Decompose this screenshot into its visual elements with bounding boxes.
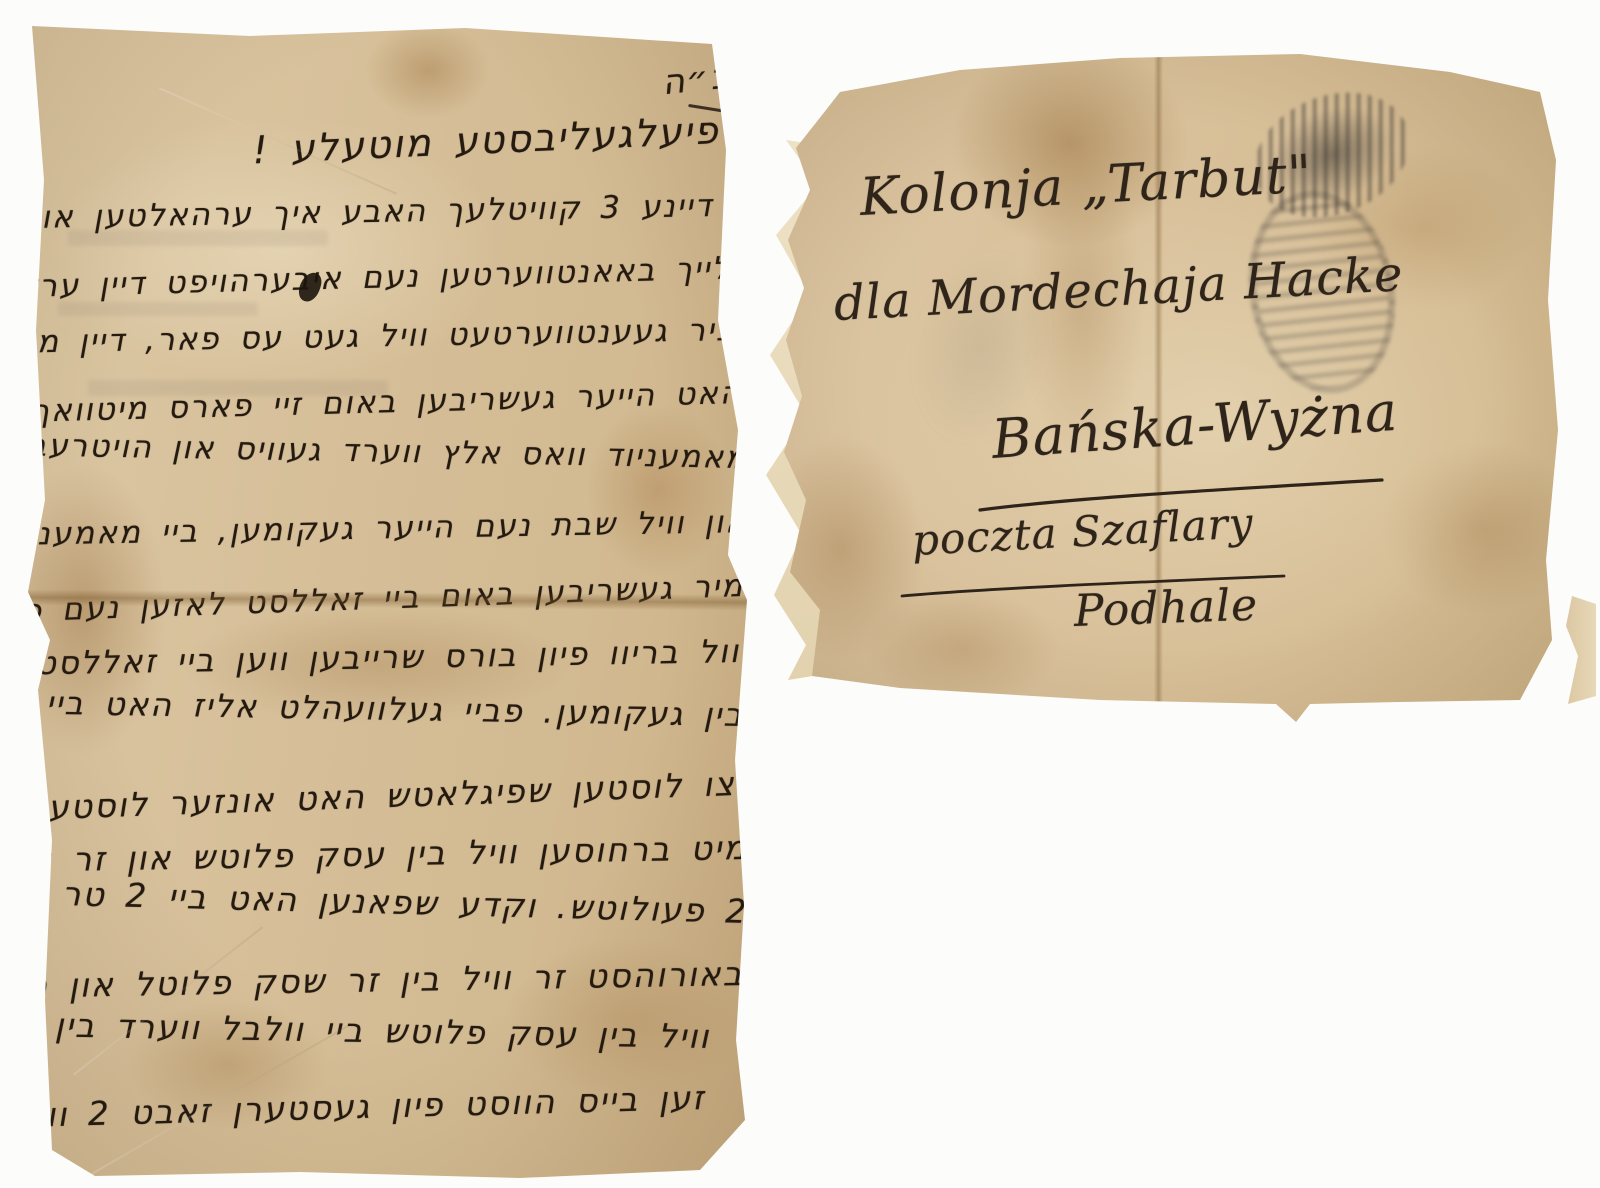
showthrough-mark [58, 302, 258, 316]
letter-header-mark: ב״ה [660, 56, 734, 103]
address-region-line: Podhale [1073, 580, 1259, 637]
letter-line: צו לוסטען שפיגלאטש האט אונזער לוסטער באז… [0, 764, 737, 832]
letter-line: בין געקומען. פביי געלוועהלט אליז האט ביי [46, 684, 744, 734]
address-post-office-line: poczta Szaflary [911, 498, 1255, 565]
scanned-documents: { "colors": { "background": "#fcfcfa", "… [0, 0, 1600, 1188]
paper-fragment [1566, 596, 1596, 704]
address-org-line: Kolonja „Tarbut" [858, 144, 1314, 228]
letter-line: זען בייס הווסט פיון געסטערן זאבט 2 וואכע… [0, 1078, 707, 1136]
envelope: Kolonja „Tarbut" dla Mordechaja Hacke Ba… [782, 48, 1564, 728]
letter-line: דיינע 3 קוויטלעך האבע איך ערהאלטען אויך … [0, 188, 714, 238]
letter-line: וול בריוו פיון בורס שרייבען ווען ביי זאל… [35, 632, 741, 682]
letter-line: ביר געענטווערטעט וויל געט עס פאר, דיין מ… [0, 312, 736, 362]
letter-line: און וויל שבת נעם הייער געקומען, ביי מאמע… [0, 504, 748, 554]
letter-line: גלייך באאנטווערטען נעם איבערהויפט דיין ע… [0, 250, 746, 309]
letter-line: באורוהסט זר וויל בין זר שסק פלוטל און מש… [0, 954, 744, 1008]
letter-line: מאמעניוד וואס אלץ ווערד געוויס און הויטר… [0, 426, 748, 476]
letter-line: מיט ברחוסען וויל בין עסק פלוטש און זר וו… [0, 828, 748, 881]
letter-line: 2 פעולוטש. וקדע שפאנען האט ביי 2 טר לוסט… [0, 871, 749, 931]
letter-page: ב״ה פיעלגעליבסטע מוטעלע ! דיינע 3 קוויטל… [28, 20, 750, 1180]
letter-salutation: פיעלגעליבסטע מוטעלע ! [252, 108, 721, 172]
